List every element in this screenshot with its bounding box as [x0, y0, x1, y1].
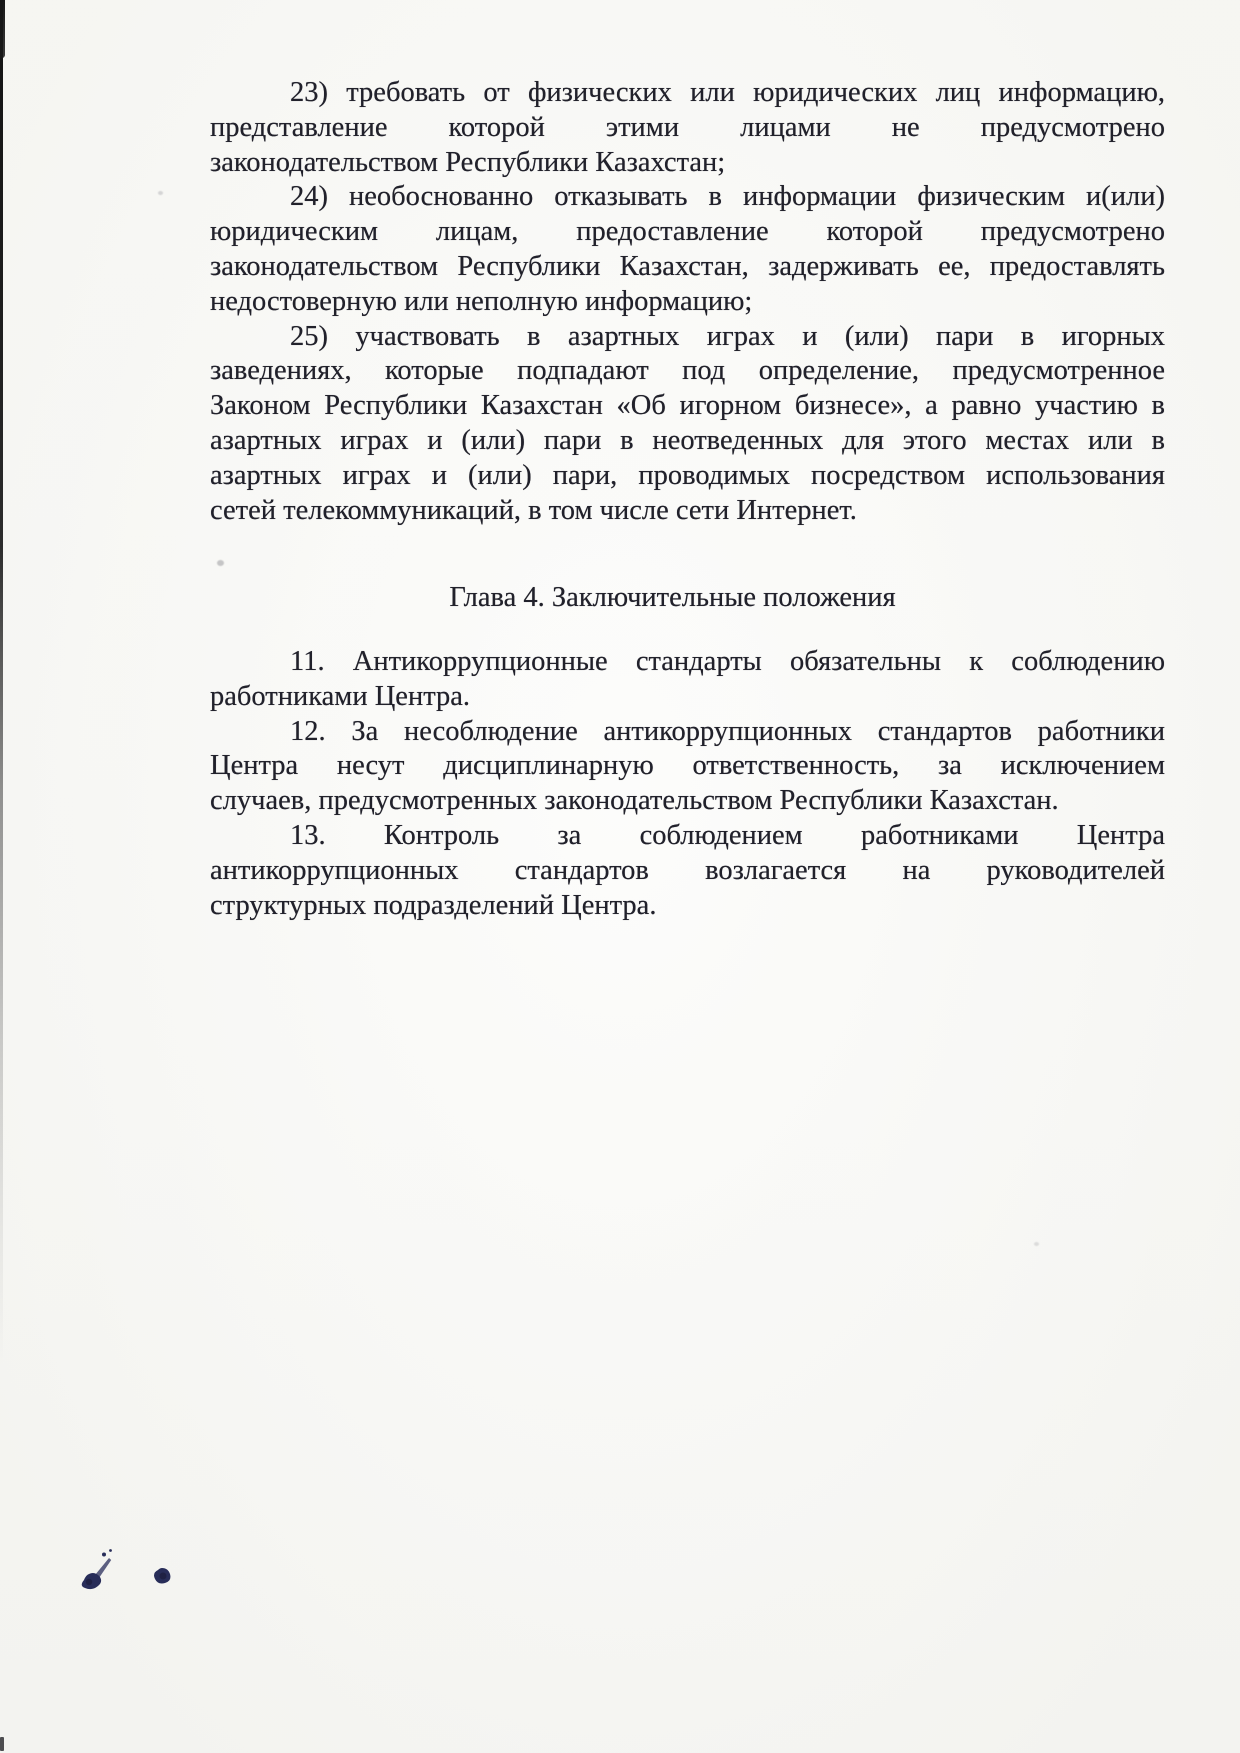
scan-bottom-corner-artifact	[0, 1737, 4, 1751]
clause-24: 24) необоснованно отказывать в информаци…	[210, 180, 1165, 319]
text-line: антикоррупционных стандартов возлагается…	[210, 854, 1165, 889]
text-line: недостоверную или неполную информацию;	[210, 285, 1165, 320]
text-line: работниками Центра.	[210, 680, 1165, 715]
paper-speck	[158, 191, 163, 195]
clause-25: 25) участвовать в азартных играх и (или)…	[210, 320, 1165, 529]
text-line: заведениях, которые подпадают под опреде…	[210, 354, 1165, 389]
text-line: представление которой этими лицами не пр…	[210, 111, 1165, 146]
text-line: 23) требовать от физических или юридичес…	[210, 76, 1165, 111]
text-line: законодательством Республики Казахстан;	[210, 146, 1165, 181]
chapter-4-heading: Глава 4. Заключительные положения	[195, 581, 1150, 616]
scan-left-edge-corner-artifact	[0, 0, 5, 58]
clause-12: 12. За несоблюдение антикоррупционных ст…	[210, 715, 1165, 819]
text-line: 12. За несоблюдение антикоррупционных ст…	[210, 715, 1165, 750]
text-line: азартных играх и (или) пари в неотведенн…	[210, 424, 1165, 459]
clause-11: 11. Антикоррупционные стандарты обязател…	[210, 645, 1165, 715]
ink-blot-marks	[66, 1540, 186, 1595]
clause-13: 13. Контроль за соблюдением работниками …	[210, 819, 1165, 923]
text-line: юридическим лицам, предоставление которо…	[210, 215, 1165, 250]
clause-23: 23) требовать от физических или юридичес…	[210, 76, 1165, 180]
text-line: Законом Республики Казахстан «Об игорном…	[210, 389, 1165, 424]
text-line: структурных подразделений Центра.	[210, 889, 1165, 924]
text-line: 13. Контроль за соблюдением работниками …	[210, 819, 1165, 854]
text-line: 25) участвовать в азартных играх и (или)…	[210, 320, 1165, 355]
scan-left-edge-artifact	[0, 0, 3, 1365]
text-line: 24) необоснованно отказывать в информаци…	[210, 180, 1165, 215]
text-line: Центра несут дисциплинарную ответственно…	[210, 749, 1165, 784]
text-line: случаев, предусмотренных законодательств…	[210, 784, 1165, 819]
text-line: 11. Антикоррупционные стандарты обязател…	[210, 645, 1165, 680]
paper-speck	[217, 560, 224, 566]
final-provisions-block: 11. Антикоррупционные стандарты обязател…	[210, 645, 1165, 923]
text-line: азартных играх и (или) пари, проводимых …	[210, 459, 1165, 494]
scanned-document-page: 23) требовать от физических или юридичес…	[0, 0, 1240, 1753]
paper-speck	[1034, 1242, 1039, 1246]
clauses-23-25-block: 23) требовать от физических или юридичес…	[210, 76, 1165, 528]
text-line: законодательством Республики Казахстан, …	[210, 250, 1165, 285]
text-line: сетей телекоммуникаций, в том числе сети…	[210, 494, 1165, 529]
